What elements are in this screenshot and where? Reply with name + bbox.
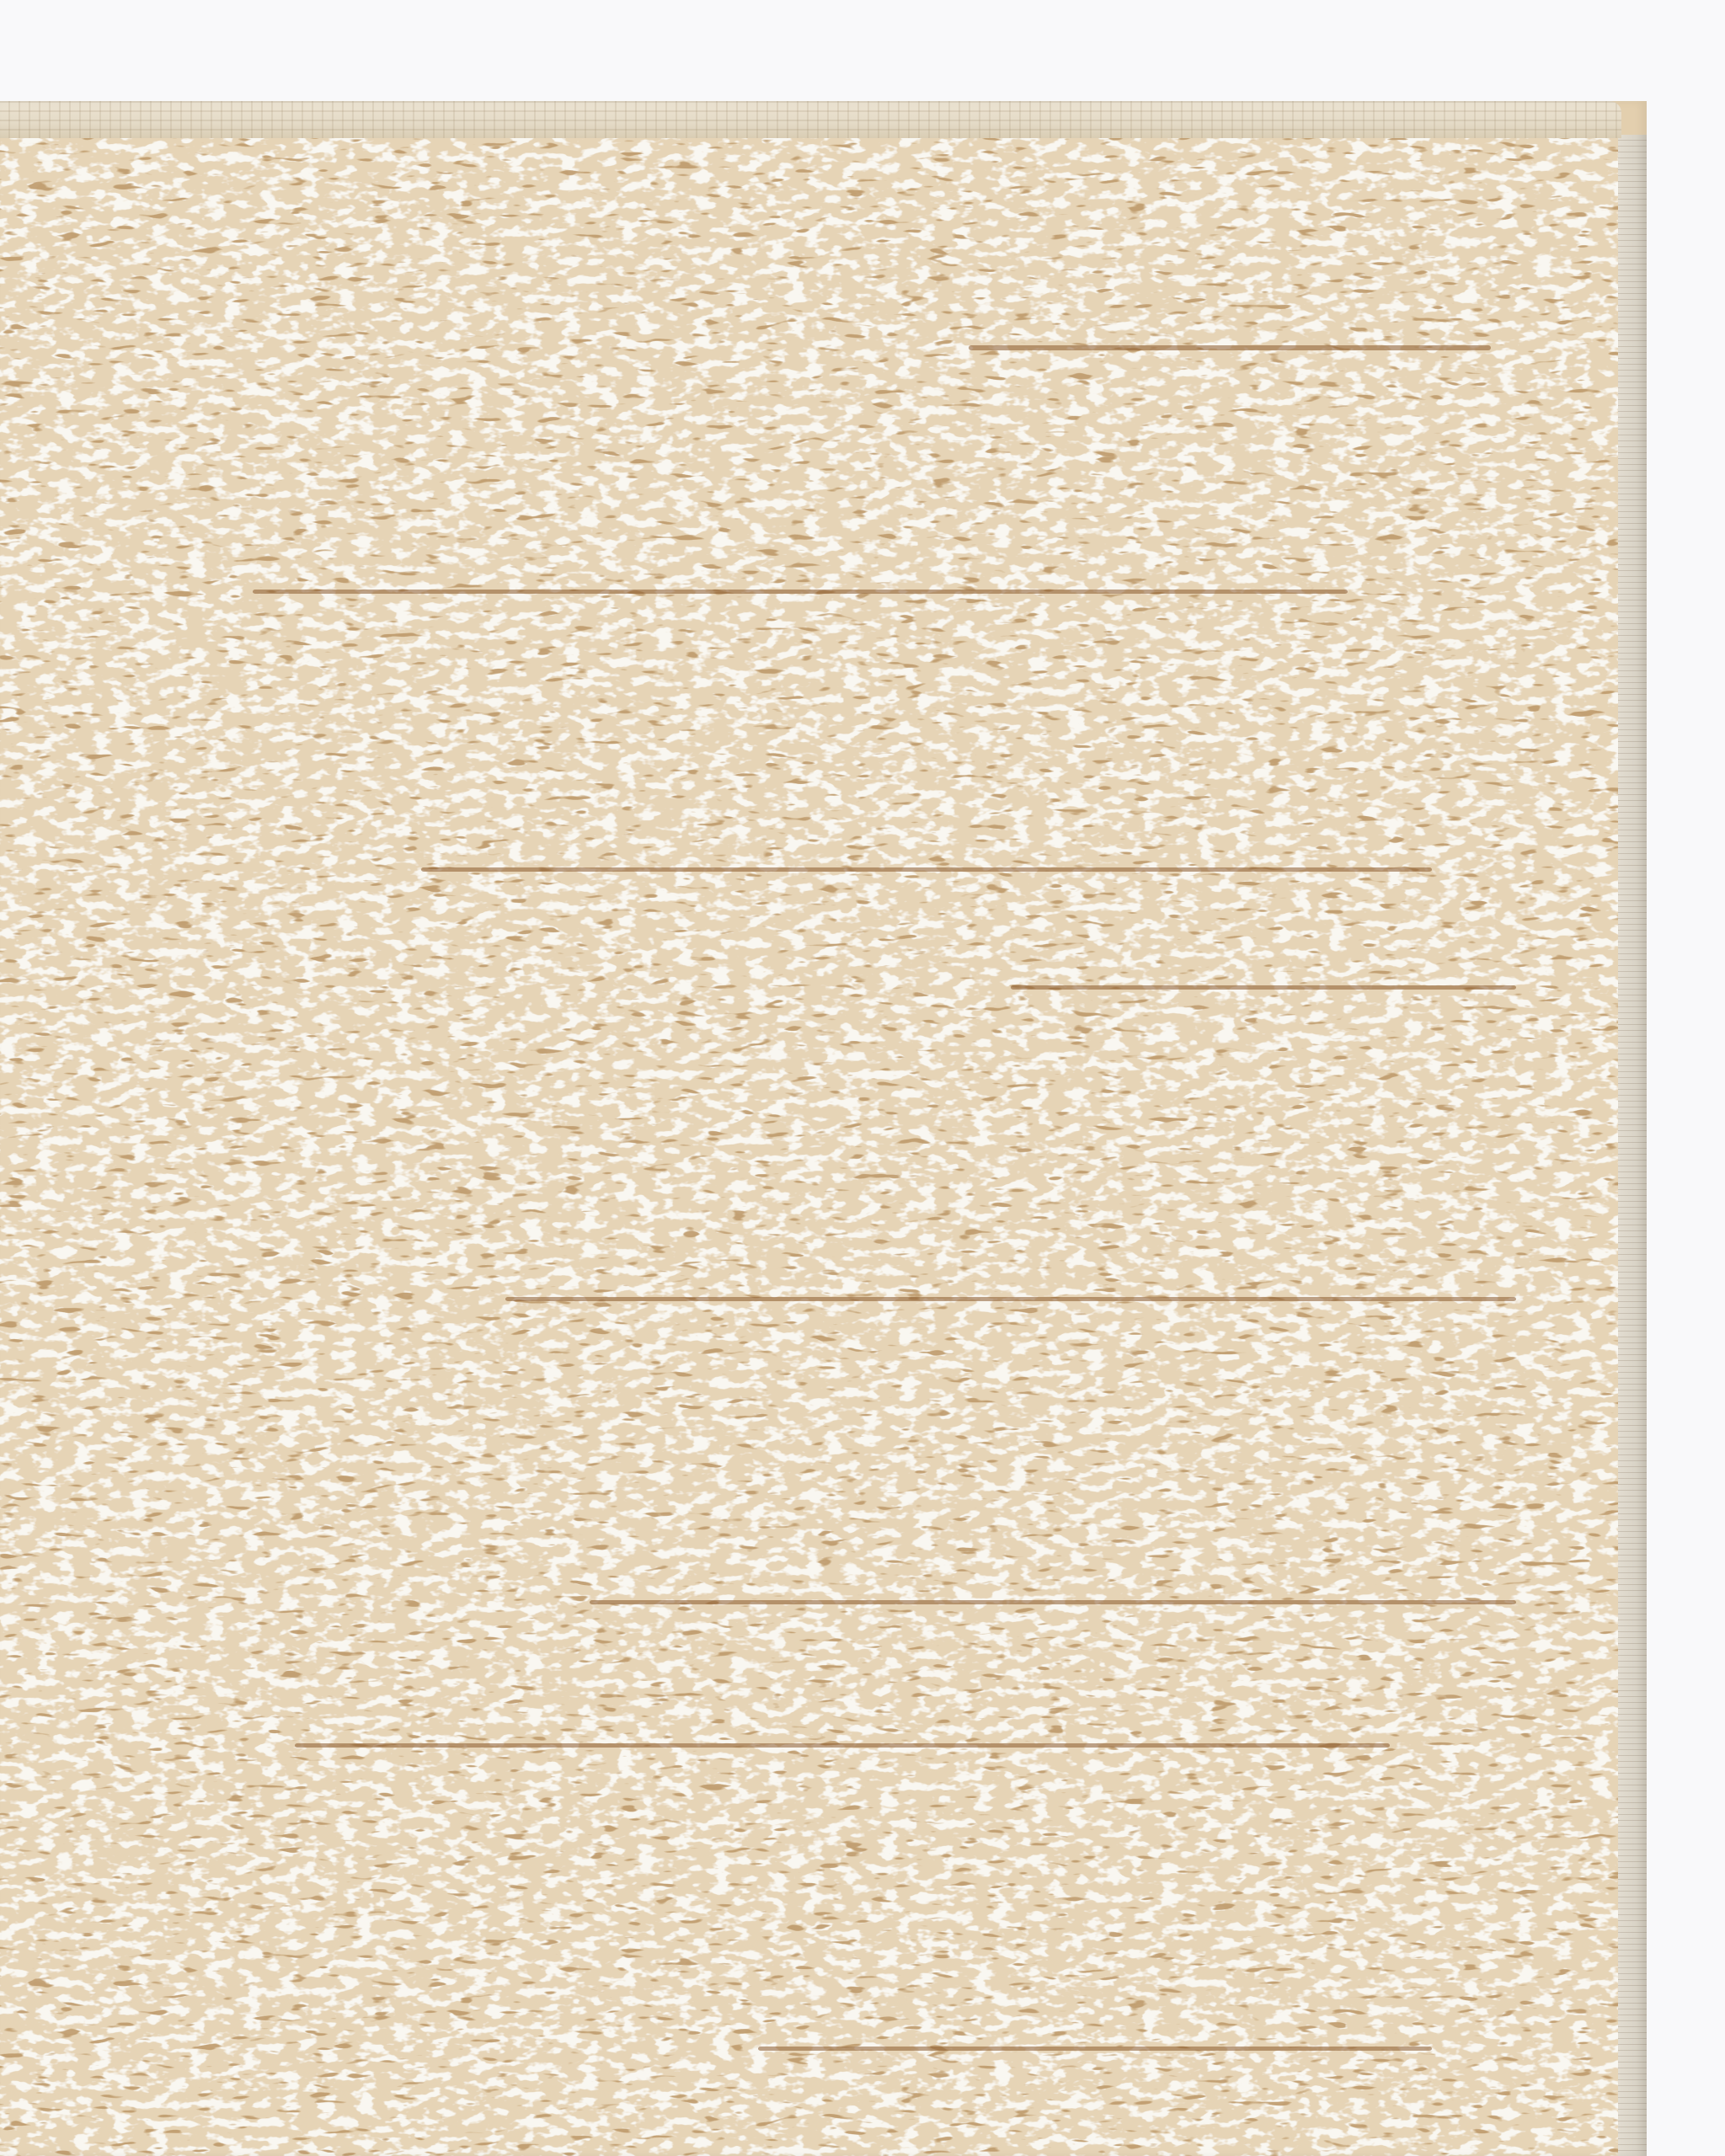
rug [0, 101, 1647, 2156]
product-photo [0, 0, 1725, 2156]
rug-top-binding [0, 101, 1621, 138]
rug-right-selvage [1618, 135, 1647, 2156]
rug-pile-texture [0, 135, 1647, 2156]
